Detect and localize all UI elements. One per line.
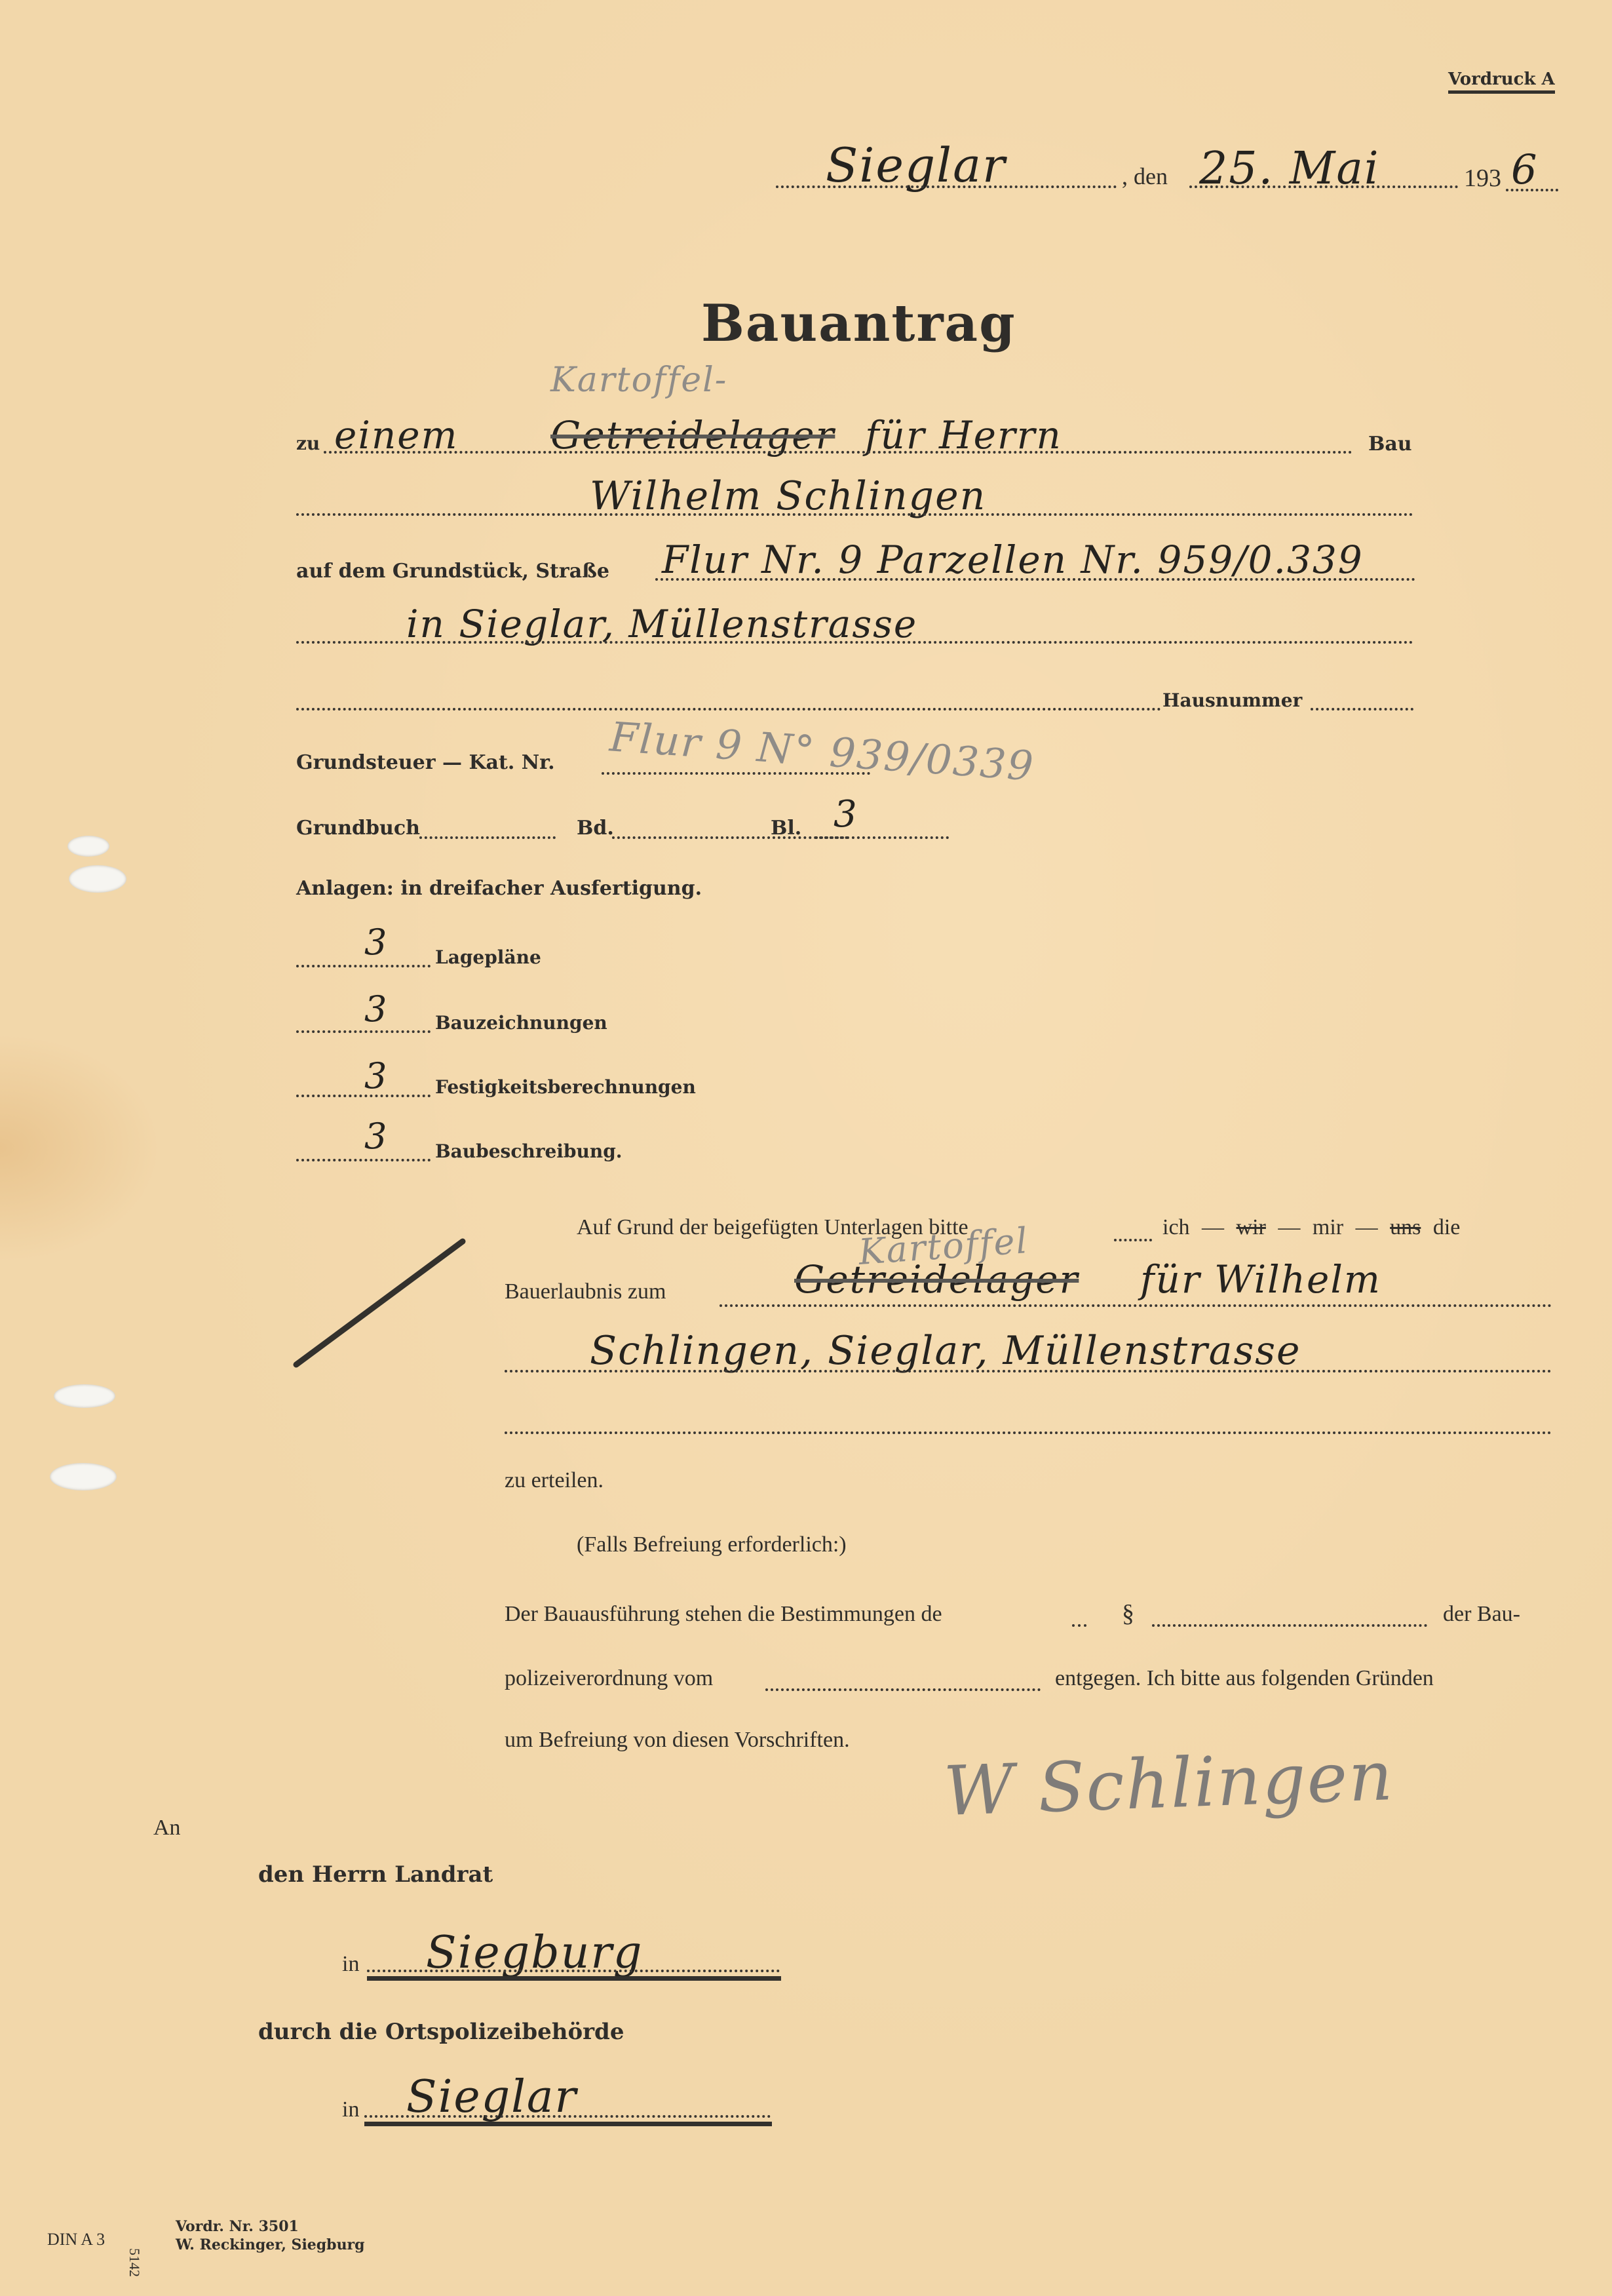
punch-hole-3: [54, 1384, 115, 1408]
attachment-field: [296, 1095, 431, 1097]
attachment-label: Baubeschreibung.: [435, 1140, 623, 1162]
slash-mark-icon: [288, 1232, 472, 1376]
request-line2-value[interactable]: Schlingen, Sieglar, Müllenstrasse: [590, 1328, 1301, 1374]
request-closing: zu erteilen.: [505, 1468, 604, 1493]
pronoun-ich[interactable]: ich: [1162, 1215, 1190, 1239]
bauerlaubnis-label: Bauerlaubnis zum: [505, 1279, 666, 1304]
request-pronoun-field: [1114, 1239, 1152, 1241]
via-in-label: in: [342, 2097, 359, 2122]
exemption-line2-a: polizeiverordnung vom: [505, 1666, 713, 1691]
via-label: durch die Ortspolizeibehörde: [258, 2019, 624, 2045]
subject-pencil-correction: Kartoffel-: [550, 360, 727, 400]
via-city-underline: [364, 2122, 772, 2126]
subject-line1-field: [324, 451, 1353, 454]
exemption-date-field[interactable]: [765, 1688, 1041, 1691]
grundsteuer-field: [602, 772, 870, 775]
pronoun-mir[interactable]: mir: [1313, 1215, 1343, 1239]
form-number: Vordr. Nr. 3501: [176, 2218, 299, 2235]
attachment-field: [296, 1159, 431, 1161]
dash: —: [1202, 1215, 1224, 1239]
exemption-heading: (Falls Befreiung erforderlich:): [577, 1532, 847, 1557]
pronoun-uns-struck: uns: [1390, 1215, 1421, 1239]
applicant-name-value[interactable]: Wilhelm Schlingen: [590, 473, 986, 519]
section-sign-icon: §: [1122, 1599, 1134, 1628]
exemption-line1-a: Der Bauausführung stehen die Bestimmunge…: [505, 1602, 942, 1627]
property-line1-value[interactable]: Flur Nr. 9 Parzellen Nr. 959/0.339: [662, 537, 1364, 582]
bau-label: Bau: [1368, 433, 1412, 456]
attachment-count[interactable]: 3: [364, 922, 388, 963]
attachment-field: [296, 965, 431, 967]
grundbuch-label: Grundbuch: [296, 817, 420, 840]
request-line3-field[interactable]: [505, 1431, 1552, 1434]
request-struck-value: Getreidelager: [794, 1257, 1079, 1302]
place-value[interactable]: Sieglar: [826, 138, 1006, 193]
attachment-count[interactable]: 3: [364, 988, 388, 1030]
exemption-line3: um Befreiung von diesen Vorschriften.: [505, 1728, 850, 1753]
rotated-number: 5142: [126, 2248, 143, 2277]
hausnummer-field[interactable]: [1311, 708, 1413, 710]
attachment-label: Lagepläne: [435, 946, 541, 968]
grundsteuer-label: Grundsteuer — Kat. Nr.: [296, 751, 555, 774]
paper-size-label: DIN A 3: [47, 2230, 105, 2249]
an-label: An: [153, 1816, 181, 1840]
bl-label: Bl.: [771, 817, 801, 840]
attachment-count[interactable]: 3: [364, 1116, 388, 1157]
property-line3-field: [296, 708, 1161, 710]
die-word: die: [1433, 1215, 1461, 1239]
page-title: Bauantrag: [701, 294, 1016, 353]
attachment-count[interactable]: 3: [364, 1055, 388, 1097]
property-line2-field: [296, 641, 1413, 644]
exemption-de-field[interactable]: [1072, 1624, 1086, 1627]
property-line2-value[interactable]: in Sieglar, Müllenstrasse: [406, 602, 917, 646]
bd-field[interactable]: [612, 836, 848, 839]
zu-label: zu: [296, 433, 320, 454]
exemption-section-field[interactable]: [1152, 1624, 1427, 1627]
place-field: [776, 185, 1117, 188]
dash: —: [1356, 1215, 1378, 1239]
dash: —: [1278, 1215, 1300, 1239]
addressee: den Herrn Landrat: [258, 1861, 493, 1888]
recipient-city-field: [367, 1970, 780, 1972]
recipient-city-underline: [367, 1976, 781, 1981]
attachment-label: Festigkeitsberechnungen: [435, 1076, 696, 1098]
year-field: [1506, 189, 1558, 191]
bl-field: [815, 836, 949, 839]
printer-name: W. Reckinger, Siegburg: [176, 2236, 365, 2253]
request-line1-suffix-value[interactable]: für Wilhelm: [1140, 1257, 1381, 1302]
attachments-heading: Anlagen: in dreifacher Ausfertigung.: [296, 877, 702, 900]
grundbuch-field[interactable]: [419, 836, 556, 839]
exemption-line1-b: der Bau-: [1443, 1602, 1520, 1627]
request-line1-field: [720, 1304, 1552, 1307]
year-prefix: 193: [1464, 164, 1501, 193]
year-suffix-value[interactable]: 6: [1511, 146, 1538, 193]
request-line2-field: [505, 1370, 1552, 1372]
in-label: in: [342, 1952, 359, 1977]
subject-line2-field: [296, 513, 1413, 516]
hausnummer-label: Hausnummer: [1162, 690, 1302, 711]
pronoun-options: ich — wir — mir — uns die: [1162, 1215, 1460, 1240]
date-field: [1189, 185, 1458, 188]
property-line1-field: [655, 578, 1415, 581]
attachment-field: [296, 1030, 431, 1033]
den-label: , den: [1122, 163, 1168, 190]
punch-hole-2: [69, 865, 126, 893]
bd-label: Bd.: [577, 817, 614, 840]
property-label: auf dem Grundstück, Straße: [296, 560, 609, 583]
punch-hole-1: [67, 836, 109, 857]
applicant-signature[interactable]: W Schlingen: [942, 1736, 1395, 1831]
bl-value[interactable]: 3: [834, 793, 858, 836]
form-code: Vordruck A: [1448, 69, 1555, 94]
punch-hole-4: [50, 1463, 117, 1490]
via-city-field: [364, 2115, 771, 2118]
exemption-line2-b: entgegen. Ich bitte aus folgenden Gründe…: [1055, 1666, 1434, 1691]
pronoun-wir-struck: wir: [1237, 1215, 1266, 1239]
attachment-label: Bauzeichnungen: [435, 1012, 607, 1034]
